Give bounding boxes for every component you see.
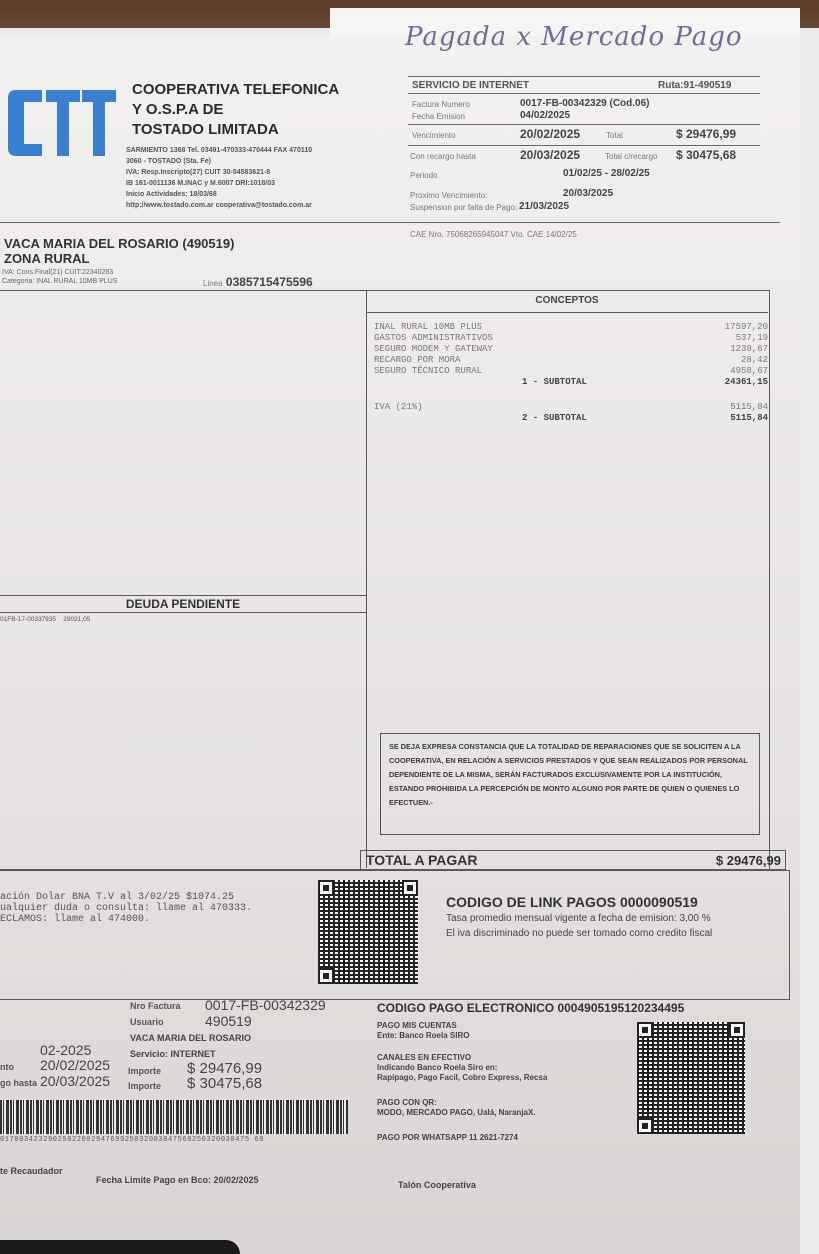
debt-header: DEUDA PENDIENTE	[0, 595, 366, 613]
subtotal-value: 5115,84	[730, 413, 768, 424]
next-due-label: Proximo Vencimiento:	[410, 191, 487, 200]
stub-user-number: 490519	[205, 1013, 252, 1029]
stub-due-date: 20/02/2025	[40, 1057, 110, 1073]
company-info-line: SARMIENTO 1368 Tel. 03491-470333-470444 …	[126, 145, 312, 156]
notes: ación Dolar BNA T.V al 3/02/25 $1074.25 …	[0, 892, 252, 925]
concept-label: RECARGO POR MORA	[374, 355, 460, 366]
whatsapp-payment: PAGO POR WHATSAPP 11 2621-7274	[377, 1133, 518, 1143]
concept-label: INAL RURAL 10MB PLUS	[374, 322, 482, 333]
stub-service: Servicio: INTERNET	[130, 1049, 216, 1059]
debt-invoice: 01FB-17-00337935	[0, 616, 56, 623]
subtotal-label: 2 - SUBTOTAL	[374, 413, 587, 424]
client-details: IVA: Cons.Final(21) CUIT:22340283 Catego…	[2, 268, 117, 286]
client-iva: IVA: Cons.Final(21) CUIT:22340283	[2, 268, 117, 277]
surcharge-date-label: Con recargo hasta	[410, 152, 476, 161]
issue-date-label: Fecha Emision	[412, 112, 465, 121]
total-amount: $ 29476,99	[676, 127, 736, 141]
company-name-line: Y O.S.P.A DE	[132, 100, 339, 120]
electronic-payment-code: CODIGO PAGO ELECTRONICO 0004905195120234…	[377, 1001, 684, 1015]
due-date: 20/02/2025	[520, 127, 580, 141]
stub-surcharge-label: go hasta	[0, 1078, 37, 1088]
stub-due-label: nto	[0, 1062, 14, 1072]
bank-payment-deadline: Fecha Limite Pago en Bco: 20/02/2025	[96, 1175, 259, 1185]
stub-amount-surcharge: $ 30475,68	[187, 1075, 262, 1092]
qr-payment-apps: MODO, MERCADO PAGO, Ualá, NaranjaX.	[377, 1108, 536, 1118]
total-surcharge-amount: $ 30475,68	[676, 148, 736, 162]
cash-title: CANALES EN EFECTIVO	[377, 1053, 547, 1063]
client-zone: ZONA RURAL	[4, 251, 234, 266]
iva-row: IVA (21%)5115,84	[374, 402, 768, 413]
pmc-entity: Ente: Banco Roela SIRO	[377, 1031, 469, 1041]
interest-rate: Tasa promedio mensual vigente a fecha de…	[446, 913, 711, 924]
concept-label: GASTOS ADMINISTRATIVOS	[374, 333, 493, 344]
note-line: ECLAMOS: llame al 474000.	[0, 914, 252, 925]
subtotal-row: 2 - SUBTOTAL5115,84	[374, 413, 768, 424]
company-info-line: IVA: Resp.Inscripto(27) CUIT 30-54583621…	[126, 167, 312, 178]
client-name: VACA MARIA DEL ROSARIO (490519)	[4, 236, 234, 251]
concept-row: RECARGO POR MORA28,42	[374, 355, 768, 366]
concept-label: SEGURO TÉCNICO RURAL	[374, 366, 482, 377]
iva-label: IVA (21%)	[374, 402, 423, 413]
total-to-pay-label: TOTAL A PAGAR	[366, 852, 477, 868]
company-name-line: TOSTADO LIMITADA	[132, 120, 339, 140]
surcharge-date: 20/03/2025	[520, 148, 580, 162]
invoice-number: 0017-FB-00342329 (Cod.06)	[520, 98, 650, 109]
company-info: SARMIENTO 1368 Tel. 03491-470333-470444 …	[126, 145, 312, 211]
suspension-label: Suspension por falta de Pago:	[410, 203, 517, 212]
note-line: ualquier duda o consulta: llame al 47033…	[0, 903, 252, 914]
company-name-line: COOPERATIVA TELEFONICA	[132, 80, 339, 100]
subtotal-label: 1 - SUBTOTAL	[374, 377, 587, 388]
link-pagos-code: CODIGO DE LINK PAGOS 0000090519	[446, 894, 698, 910]
qr-payment-title: PAGO CON QR:	[377, 1098, 536, 1108]
iva-value: 5115,84	[730, 402, 768, 413]
issue-date: 04/02/2025	[520, 110, 570, 121]
barcode-icon	[0, 1100, 348, 1134]
payment-qr-code-icon	[637, 1022, 745, 1134]
total-to-pay-amount: $ 29476,99	[716, 853, 781, 868]
concept-row: SEGURO MODEM Y GATEWAY1239,67	[374, 344, 768, 355]
repairs-disclaimer: SE DEJA EXPRESA CONSTANCIA QUE LA TOTALI…	[380, 733, 760, 835]
stub-amount-label: Importe	[128, 1081, 161, 1091]
qr-payment: PAGO CON QR: MODO, MERCADO PAGO, Ualá, N…	[377, 1098, 536, 1118]
concept-amount: 537,19	[736, 333, 768, 344]
phone-line: Linea 0385715475596	[203, 275, 313, 289]
company-info-line: 3060 - TOSTADO (Sta. Fe)	[126, 156, 312, 167]
concept-amount: 28,42	[741, 355, 768, 366]
company-info-line: IB 161-0011136 M.INAC y M.6007 DRI:1018/…	[126, 178, 312, 189]
barcode-number: 0170034232902502200294769925032003047568…	[0, 1136, 264, 1144]
company-info-line: http://www.tostado.com.ar cooperativa@to…	[126, 200, 312, 211]
stub-surcharge-date: 20/03/2025	[40, 1073, 110, 1089]
subtotal-row: 1 - SUBTOTAL24361,15	[374, 377, 768, 388]
period-label: Periodo	[410, 171, 438, 180]
company-info-line: Inicio Actividades: 18/03/68	[126, 189, 312, 200]
concept-row: SEGURO TÉCNICO RURAL4958,67	[374, 366, 768, 377]
cae-number: CAE Nro. 75068265945047 Vto. CAE 14/02/2…	[410, 230, 577, 239]
handwritten-note: Pagada x Mercado Pago	[405, 22, 743, 52]
stub-amount-label: Importe	[128, 1066, 161, 1076]
collector-label: te Recaudador	[0, 1166, 63, 1176]
stub-invoice-number: 0017-FB-00342329	[205, 997, 326, 1013]
concept-amount: 17597,20	[725, 322, 768, 333]
period: 01/02/25 - 28/02/25	[563, 168, 650, 179]
concepts-list: INAL RURAL 10MB PLUS17597,20 GASTOS ADMI…	[374, 322, 768, 424]
suspension-date: 21/03/2025	[519, 201, 569, 212]
concept-amount: 4958,67	[730, 366, 768, 377]
subtotal-value: 24361,15	[725, 377, 768, 388]
company-name: COOPERATIVA TELEFONICA Y O.S.P.A DE TOST…	[132, 80, 339, 140]
total-label: Total	[606, 131, 623, 140]
client-category: Categoria: INAL RURAL 10MB PLUS	[2, 277, 117, 286]
stub-invoice-label: Nro Factura	[130, 1001, 181, 1011]
qr-code-icon	[318, 880, 418, 984]
concept-row: INAL RURAL 10MB PLUS17597,20	[374, 322, 768, 333]
concepts-header: CONCEPTOS	[366, 290, 768, 313]
cash-line: Indicando Banco Roela Siro en:	[377, 1063, 547, 1073]
cash-channels: CANALES EN EFECTIVO Indicando Banco Roel…	[377, 1053, 547, 1083]
client-block: VACA MARIA DEL ROSARIO (490519) ZONA RUR…	[4, 236, 234, 266]
debt-row: 01FB-17-00337935 29021,05	[0, 616, 90, 623]
cooperative-stub-label: Talón Cooperativa	[398, 1180, 476, 1190]
iva-note: El iva discriminado no puede ser tomado …	[446, 928, 712, 939]
service-title: SERVICIO DE INTERNET	[412, 80, 529, 91]
stub-client-name: VACA MARIA DEL ROSARIO	[130, 1033, 251, 1043]
invoice-number-label: Factura Numero	[412, 100, 470, 109]
pago-mis-cuentas: PAGO MIS CUENTAS Ente: Banco Roela SIRO	[377, 1021, 469, 1041]
due-date-label: Vencimiento	[412, 131, 456, 140]
phone-line-label: Linea	[203, 279, 223, 288]
debt-amount: 29021,05	[63, 616, 90, 623]
concept-amount: 1239,67	[730, 344, 768, 355]
ctt-logo-icon	[6, 88, 116, 158]
total-surcharge-label: Total c/recargo	[605, 152, 657, 161]
stub-period: 02-2025	[40, 1042, 91, 1058]
shadow	[0, 1240, 240, 1254]
concept-label: SEGURO MODEM Y GATEWAY	[374, 344, 493, 355]
route-number: Ruta:91-490519	[658, 80, 731, 91]
concept-row: GASTOS ADMINISTRATIVOS537,19	[374, 333, 768, 344]
next-due-date: 20/03/2025	[563, 188, 613, 199]
stub-user-label: Usuario	[130, 1017, 164, 1027]
pmc-title: PAGO MIS CUENTAS	[377, 1021, 469, 1031]
phone-line-number: 0385715475596	[226, 275, 313, 289]
note-line: ación Dolar BNA T.V al 3/02/25 $1074.25	[0, 892, 252, 903]
total-row: TOTAL A PAGAR $ 29476,99	[360, 850, 786, 870]
cash-line: Rapipago, Pago Facil, Cobro Express, Rec…	[377, 1073, 547, 1083]
